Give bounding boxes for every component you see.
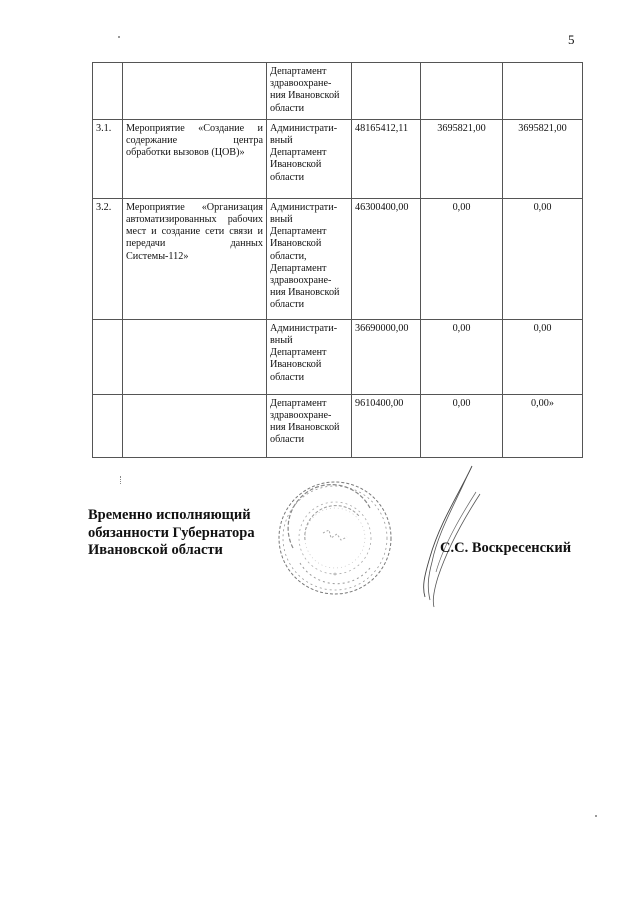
amount-cell-3 [503,63,583,120]
handwritten-signature-icon [410,462,490,612]
executor-line: ния Ивановской [270,90,348,102]
budget-table: Департаментздравоохране-ния Ивановскойоб… [92,62,583,458]
amount-cell-3: 3695821,00 [503,119,583,198]
table-row: Департаментздравоохране-ния Ивановскойоб… [93,394,583,457]
executor-line: Департамент [270,226,348,238]
activity-name-line: передачи данных [126,238,263,250]
executor-line: Ивановской [270,359,348,371]
activity-name-line: Системы-112» [126,251,263,263]
executor-cell: Администрати-вныйДепартаментИвановскойоб… [267,198,352,319]
amount-cell-1: 48165412,11 [352,119,421,198]
svg-text:*: * [333,571,337,580]
row-number-cell: 3.1. [93,119,123,198]
executor-line: области [270,434,348,446]
executor-line: Ивановской [270,159,348,171]
table-row: Департаментздравоохране-ния Ивановскойоб… [93,63,583,120]
activity-name-line: Мероприятие «Создание и [126,123,263,135]
signatory-title: Временно исполняющий обязанности Губерна… [88,507,255,560]
signatory-title-line: обязанности Губернатора [88,525,255,543]
executor-line: Департамент [270,347,348,359]
executor-line: области [270,299,348,311]
activity-name-cell [123,63,267,120]
table-row: 3.2.Мероприятие «Организацияавтоматизиро… [93,198,583,319]
executor-line: Департамент [270,147,348,159]
row-number-cell [93,394,123,457]
activity-name-line: мест и создание сети связи и [126,226,263,238]
activity-name-cell: Мероприятие «Организацияавтоматизированн… [123,198,267,319]
row-number-cell [93,63,123,120]
executor-line: области [270,103,348,115]
table-row: Администрати-вныйДепартаментИвановскойоб… [93,319,583,394]
executor-cell: Администрати-вныйДепартаментИвановскойоб… [267,119,352,198]
executor-line: области [270,372,348,384]
executor-line: ния Ивановской [270,422,348,434]
amount-cell-2 [421,63,503,120]
row-number-cell: 3.2. [93,198,123,319]
executor-line: Департамент [270,398,348,410]
executor-line: Департамент [270,66,348,78]
amount-cell-2: 0,00 [421,319,503,394]
executor-cell: Администрати-вныйДепартаментИвановскойоб… [267,319,352,394]
activity-name-line: Мероприятие «Организация [126,202,263,214]
activity-name-cell: Мероприятие «Создание исодержание центра… [123,119,267,198]
amount-cell-1: 46300400,00 [352,198,421,319]
executor-line: Ивановской [270,238,348,250]
executor-line: вный [270,135,348,147]
amount-cell-1: 9610400,00 [352,394,421,457]
amount-cell-2: 3695821,00 [421,119,503,198]
executor-line: здравоохране- [270,78,348,90]
executor-line: Департамент [270,263,348,275]
signer-name: С.С. Воскресенский [440,540,571,557]
executor-cell: Департаментздравоохране-ния Ивановскойоб… [267,63,352,120]
executor-line: Администрати- [270,202,348,214]
activity-name-cell [123,319,267,394]
row-number-cell [93,319,123,394]
official-seal-icon: * [275,478,395,598]
executor-cell: Департаментздравоохране-ния Ивановскойоб… [267,394,352,457]
signatory-title-line: Временно исполняющий [88,507,255,525]
executor-line: Администрати- [270,323,348,335]
scan-mark [120,476,122,484]
executor-line: Администрати- [270,123,348,135]
amount-cell-1 [352,63,421,120]
executor-line: здравоохране- [270,275,348,287]
activity-name-line: содержание центра [126,135,263,147]
executor-line: здравоохране- [270,410,348,422]
amount-cell-2: 0,00 [421,198,503,319]
amount-cell-2: 0,00 [421,394,503,457]
amount-cell-1: 36690000,00 [352,319,421,394]
signatory-title-line: Ивановской области [88,542,255,560]
executor-line: области [270,172,348,184]
executor-line: области, [270,251,348,263]
scan-speck [595,815,597,817]
table-row: 3.1.Мероприятие «Создание исодержание це… [93,119,583,198]
executor-line: вный [270,214,348,226]
page-number: 5 [568,32,575,48]
amount-cell-3: 0,00» [503,394,583,457]
activity-name-line: автоматизированных рабочих [126,214,263,226]
activity-name-line: обработки вызовов (ЦОВ)» [126,147,263,159]
scan-speck [118,36,120,38]
activity-name-cell [123,394,267,457]
executor-line: ния Ивановской [270,287,348,299]
amount-cell-3: 0,00 [503,198,583,319]
amount-cell-3: 0,00 [503,319,583,394]
executor-line: вный [270,335,348,347]
